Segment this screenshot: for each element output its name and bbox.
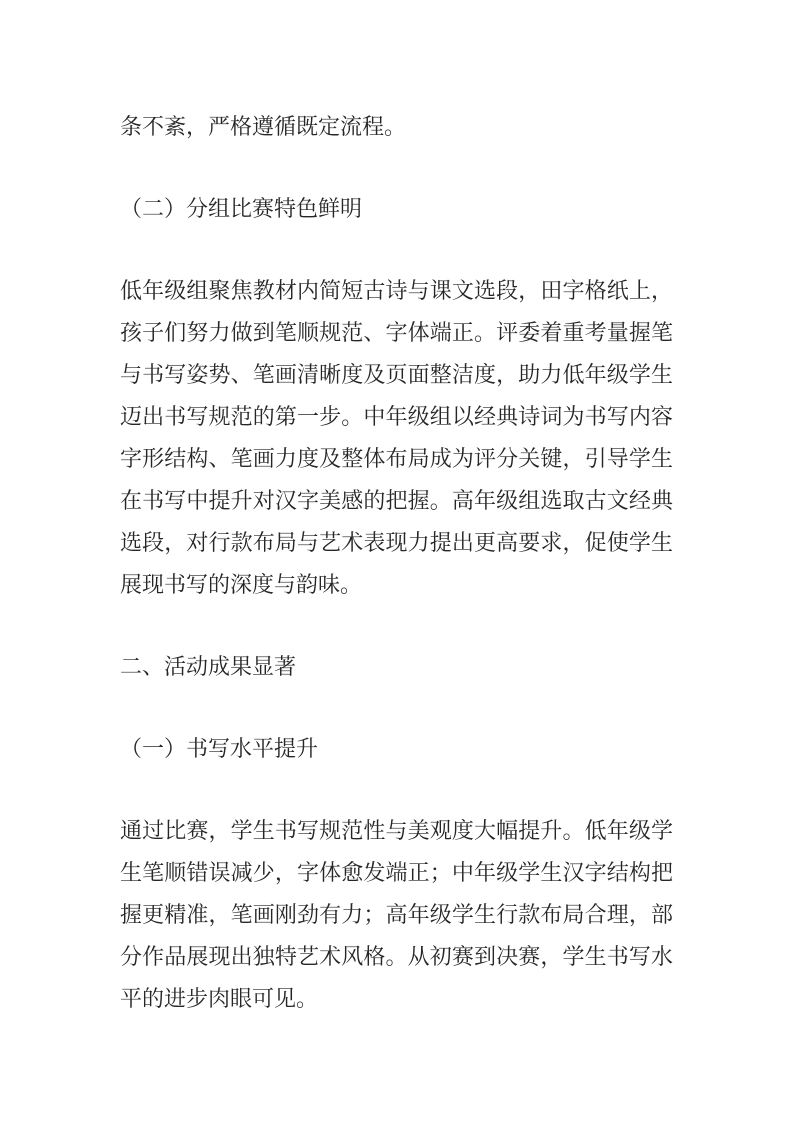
subsection-heading-writing-improvement: （一）书写水平提升	[120, 728, 673, 770]
paragraph-writing-improvement-details: 通过比赛，学生书写规范性与美观度大幅提升。低年级学生笔顺错误减少，字体愈发端正；…	[120, 810, 673, 1020]
subsection-heading-group-competition: （二）分组比赛特色鲜明	[120, 188, 673, 230]
paragraph-group-competition-details: 低年级组聚焦教材内简短古诗与课文选段，田字格纸上，孩子们努力做到笔顺规范、字体端…	[120, 270, 673, 606]
document-page: 条不紊，严格遵循既定流程。 （二）分组比赛特色鲜明 低年级组聚焦教材内简短古诗与…	[0, 0, 793, 1122]
paragraph-procedure-conclusion: 条不紊，严格遵循既定流程。	[120, 106, 673, 148]
section-heading-activity-results: 二、活动成果显著	[120, 646, 673, 688]
